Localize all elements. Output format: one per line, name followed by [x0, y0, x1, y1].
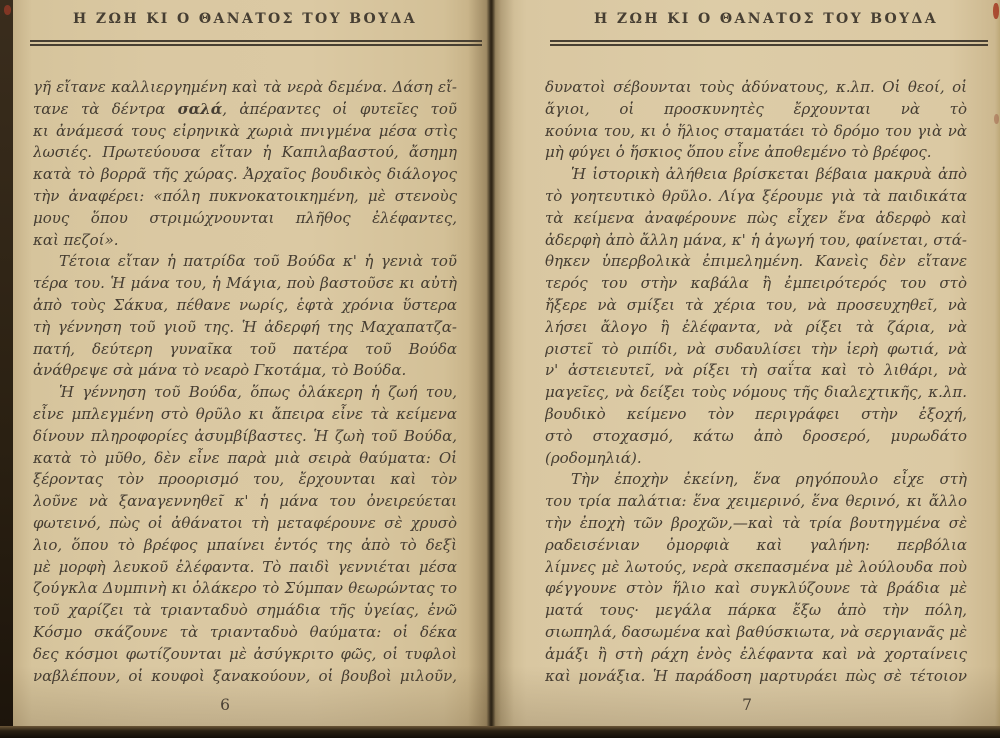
text-line: στὸ στοχασμό, κάτω ἀπὸ δροσερό, μυρωδάτο… [545, 426, 967, 448]
text-line: θηκεν ὑπερβολικὰ ἐπιμελημένη. Κανεὶς δὲν… [545, 251, 967, 273]
text-line: ἅγιοι, οἱ προσκυνητὲς ἔρχουνται νὰ τὸ πρ… [545, 99, 967, 121]
text-line: λωσιές. Πρωτεύουσα εἴταν ἡ Καπιλαβαστού,… [33, 142, 457, 164]
page-body-text: γῆ εἴτανε καλλιεργημένη καὶ τὰ νερὰ δεμέ… [33, 77, 457, 687]
header-rule [550, 40, 988, 46]
text-line: ζούγκλα Δυμπινὴ κι ὁλάκερο τὸ Σύμπαν θεω… [33, 578, 457, 600]
text-line: λοῦνε νὰ ξαναγεννηθεῖ κ' ἡ μάνα του ὀνει… [33, 491, 457, 513]
left-page: Η ΖΩΗ ΚΙ Ο ΘΑΝΑΤΟΣ ΤΟΥ ΒΟΥΔΑ γῆ εἴτανε κ… [13, 0, 491, 726]
running-header: Η ΖΩΗ ΚΙ Ο ΘΑΝΑΤΟΣ ΤΟΥ ΒΟΥΔΑ [555, 11, 977, 27]
text-line: μὲ μορφὴ λευκοῦ ἐλέφαντα. Τὸ παιδὶ γεννι… [33, 557, 457, 579]
text-line: τοῦ χαρίζει τὰ τριανταδυὸ σημάδια τῆς ὑγ… [33, 600, 457, 622]
text-line: κι ἀνάμεσά τους εἰρηνικὰ χωριὰ πνιγμένα … [33, 121, 457, 143]
text-line: τανε τὰ δέντρα σαλά, ἀπέραντες οἱ φυτεῖε… [33, 99, 457, 121]
book-bottom-edge [0, 726, 1000, 738]
text-line: Τὴν ἐποχὴν ἐκείνη, ἕνα ρηγόπουλο εἶχε στ… [545, 469, 967, 491]
text-line: γῆ εἴτανε καλλιεργημένη καὶ τὰ νερὰ δεμέ… [33, 77, 457, 99]
text-line: λίμνες μὲ λωτούς, νερὰ σκεπασμένα μὲ λού… [545, 557, 967, 579]
text-line: κατὰ τὸ βορρᾶ τῆς χώρας. Ἀρχαῖος βουδικὸ… [33, 164, 457, 186]
text-line: λιο, ὅπου τὸ βρέφος μπαίνει ἐντός της ἀπ… [33, 535, 457, 557]
text-line: πατή, δεύτερη γυναῖκα τοῦ πατέρα τοῦ Βού… [33, 339, 457, 361]
text-line: ναβλέπουν, οἱ κουφοὶ ξανακούουν, οἱ βουβ… [33, 666, 457, 688]
text-line: φωτεινό, πὼς οἱ ἀθάνατοι τὴ μεταφέρουνε … [33, 513, 457, 535]
text-line: ματά τους· μεγάλα πάρκα ἔξω ἀπὸ τὴν πόλη… [545, 600, 967, 622]
text-line: ριστεῖ τὸ ριπίδι, νὰ συδαυλίσει τὴν ἱερὴ… [545, 339, 967, 361]
text-line: ἀνάθρεψε σὰ μάνα τὸ νεαρὸ Γκοτάμα, τὸ Βο… [33, 360, 457, 382]
text-line: τὴ γέννηση τοῦ γιοῦ της. Ἡ ἀδερφή της Μα… [33, 317, 457, 339]
text-line: μαγεῖες, νὰ δείξει τοὺς νόμους τῆς διαλε… [545, 382, 967, 404]
text-line: ἀπὸ τοὺς Σάκυα, πέθανε νωρίς, ἑφτὰ χρόνι… [33, 295, 457, 317]
page-number: 7 [545, 696, 949, 714]
text-line: τὴν ἐποχὴ τῶν βροχῶν,—καὶ τὰ τρία βουτηγ… [545, 513, 967, 535]
text-line: εἶνε μπλεγμένη στὸ θρῦλο κι ἄπειρα εἶνε … [33, 404, 457, 426]
text-line: δυνατοὶ σέβουνται τοὺς ἀδύνατους, κ.λπ. … [545, 77, 967, 99]
text-line: (ροδομηλιά). [545, 448, 967, 470]
text-line: μὴ φύγει ὁ ἥσκιος ὅπου εἶνε ἀποθεμένο τὸ… [545, 142, 967, 164]
text-line: κατὰ τὸ μῦθο, δὲν εἶνε παρὰ μιὰ σειρὰ θα… [33, 448, 457, 470]
text-line: σιωπηλά, δασωμένα καὶ βαθύσκιωτα, νὰ σερ… [545, 622, 967, 644]
text-line: Ἡ ἱστορικὴ ἀλήθεια βρίσκεται βέβαια μακρ… [545, 164, 967, 186]
page-body-text: δυνατοὶ σέβουνται τοὺς ἀδύνατους, κ.λπ. … [545, 77, 967, 687]
text-line: δες κόσμοι φωτίζουνται μὲ ἀσύγκριτο φῶς,… [33, 644, 457, 666]
page-number: 6 [13, 696, 437, 714]
text-line: ξέροντας τὸν προορισμό του, ἔρχουνται κα… [33, 469, 457, 491]
text-line: μους ὅπου στριμώχνουνται πλῆθος ἐλέφαντε… [33, 208, 457, 230]
text-line: κούνια του, κι ὁ ἥλιος σταματάει τὸ δρόμ… [545, 121, 967, 143]
text-line: του τρία παλάτια: ἕνα χειμερινό, ἕνα θερ… [545, 491, 967, 513]
text-line: καὶ πεζοί». [33, 230, 457, 252]
text-line: ραδεισένιαν ὀμορφιὰ καὶ γαλήνη: περβόλια… [545, 535, 967, 557]
right-page: Η ΖΩΗ ΚΙ Ο ΘΑΝΑΤΟΣ ΤΟΥ ΒΟΥΔΑ δυνατοὶ σέβ… [491, 0, 1000, 726]
text-line: ἀδερφὴ ἀπὸ ἄλλη μάνα, κ' ἡ ἀγωγή του, φα… [545, 230, 967, 252]
running-header: Η ΖΩΗ ΚΙ Ο ΘΑΝΑΤΟΣ ΤΟΥ ΒΟΥΔΑ [33, 11, 457, 27]
text-line: τερός του στὴν καβάλα ἢ ἐμπειρότερός του… [545, 273, 967, 295]
text-line: Ἡ γέννηση τοῦ Βούδα, ὅπως ὁλάκερη ἡ ζωή … [33, 382, 457, 404]
header-rule [30, 40, 482, 46]
text-line: καὶ μονάξια. Ἡ παράδοση μαρτυράει πὼς σὲ… [545, 666, 967, 688]
text-line: Τέτοια εἴταν ἡ πατρίδα τοῦ Βούδα κ' ἡ γε… [33, 251, 457, 273]
text-line: βουδικὸ κείμενο τὸν περιγράφει στὴν ἐξοχ… [545, 404, 967, 426]
text-line: ἤξερε νὰ σμίξει τὰ χέρια του, νὰ προσευχ… [545, 295, 967, 317]
text-line: δίνουν πληροφορίες ἀσυμβίβαστες. Ἡ ζωὴ τ… [33, 426, 457, 448]
text-line: ν' ἀστειευτεῖ, νὰ ρίξει τὴ σαΐτα καὶ τὸ … [545, 360, 967, 382]
red-stain [4, 5, 11, 15]
text-line: Κόσμο σκάζουνε τὰ τριανταδυὸ θαύματα: οἱ… [33, 622, 457, 644]
text-line: λήσει ἄλογο ἢ ἐλέφαντα, νὰ ρίξει τὰ ζάρι… [545, 317, 967, 339]
text-line: τὸ γοητευτικὸ θρῦλο. Λίγα ξέρουμε γιὰ τὰ… [545, 186, 967, 208]
text-line: φέγγουνε στὸν ἥλιο καὶ συγκλύζουνε τὰ βρ… [545, 578, 967, 600]
book-spread: Η ΖΩΗ ΚΙ Ο ΘΑΝΑΤΟΣ ΤΟΥ ΒΟΥΔΑ γῆ εἴτανε κ… [0, 0, 1000, 738]
text-line: τέρα του. Ἡ μάνα του, ἡ Μάγια, ποὺ βαστο… [33, 273, 457, 295]
text-line: ἁμάξι ἢ στὴ ράχη ἑνὸς ἐλέφαντα καὶ νὰ χο… [545, 644, 967, 666]
text-line: τὰ κείμενα ἀναφέρουνε πὼς εἶχεν ἕνα ἀδερ… [545, 208, 967, 230]
text-line: τὴν ἀναφέρει: «πόλη πυκνοκατοικημένη, μὲ… [33, 186, 457, 208]
